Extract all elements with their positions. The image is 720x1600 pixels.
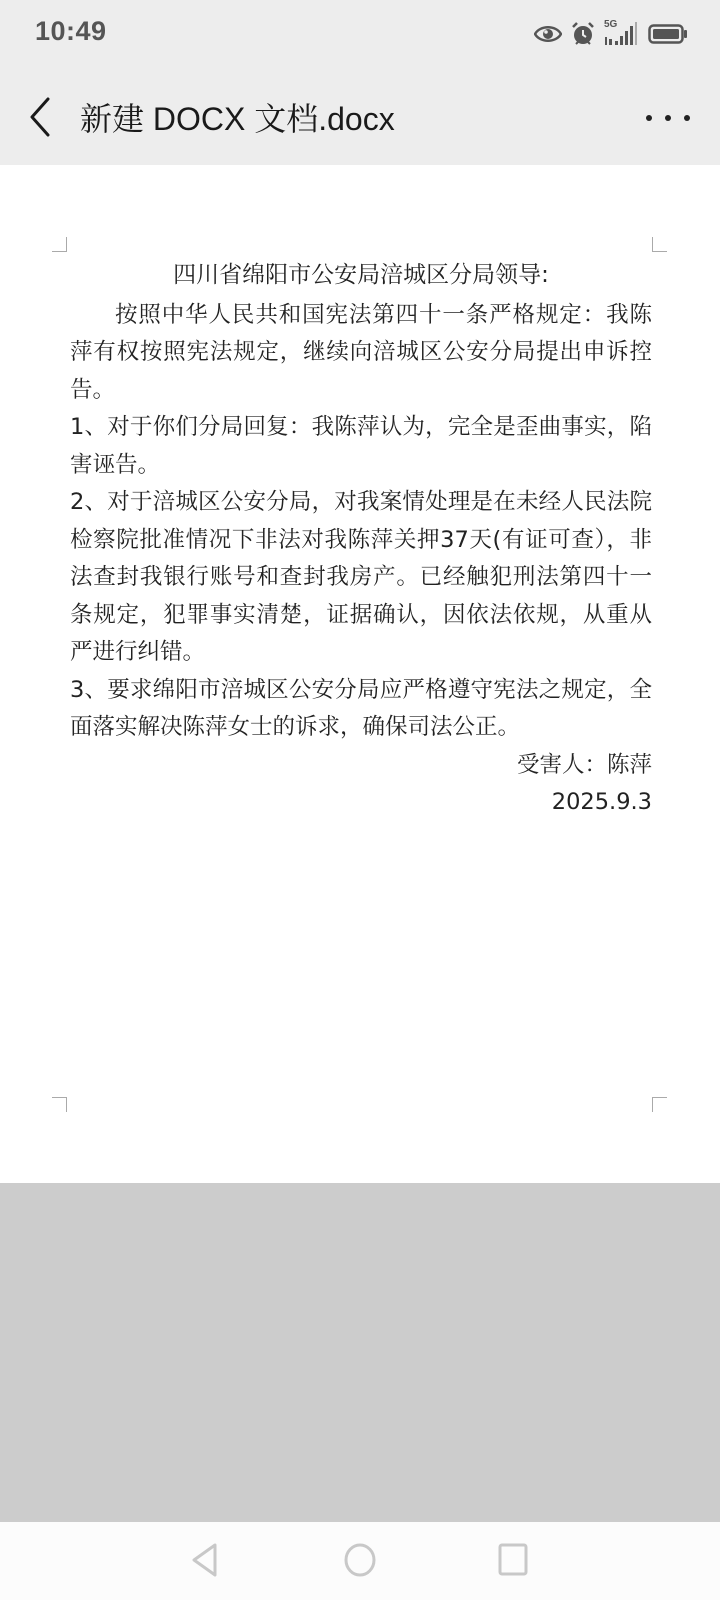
margin-corner-bottom-left [52, 1097, 67, 1112]
nav-recents-button[interactable] [493, 1540, 533, 1580]
document-heading: 四川省绵阳市公安局涪城区分局领导: [70, 257, 652, 295]
5g-signal-icon: 5G [604, 21, 640, 47]
alarm-icon [570, 21, 596, 47]
document-background [0, 1183, 720, 1522]
more-horizontal-icon [646, 115, 652, 121]
recents-square-icon [493, 1540, 533, 1580]
margin-corner-top-right [652, 237, 667, 252]
status-bar: 10:49 5G [0, 0, 720, 70]
paragraph-item-1: 1、对于你们分局回复：我陈萍认为，完全是歪曲事实，陷害诬告。 [70, 409, 652, 484]
app-bar: 新建 DOCX 文档.docx [0, 70, 720, 165]
more-options-button[interactable] [646, 100, 690, 136]
document-content: 四川省绵阳市公安局涪城区分局领导: 按照中华人民共和国宪法第四十一条严格规定：我… [70, 257, 652, 822]
nav-home-button[interactable] [340, 1540, 380, 1580]
status-icons: 5G [534, 20, 688, 48]
paragraph-intro: 按照中华人民共和国宪法第四十一条严格规定：我陈萍有权按照宪法规定，继续向涪城区公… [70, 297, 652, 410]
home-circle-icon [340, 1540, 380, 1580]
document-date: 2025.9.3 [70, 784, 652, 822]
document-title: 新建 DOCX 文档.docx [80, 94, 395, 140]
document-page[interactable]: 四川省绵阳市公安局涪城区分局领导: 按照中华人民共和国宪法第四十一条严格规定：我… [0, 165, 720, 1183]
signature: 受害人：陈萍 [70, 747, 652, 785]
eye-icon [534, 23, 562, 45]
back-triangle-icon [186, 1540, 226, 1580]
battery-icon [648, 23, 688, 45]
paragraph-item-2: 2、对于涪城区公安分局，对我案情处理是在未经人民法院检察院批准情况下非法对我陈萍… [70, 484, 652, 672]
margin-corner-top-left [52, 237, 67, 252]
paragraph-item-3: 3、要求绵阳市涪城区公安分局应严格遵守宪法之规定，全面落实解决陈萍女士的诉求，确… [70, 672, 652, 747]
more-dot [684, 115, 690, 121]
more-dot [665, 115, 671, 121]
clock: 10:49 [35, 16, 107, 47]
back-button[interactable] [22, 92, 62, 142]
chevron-left-icon [22, 92, 62, 142]
margin-corner-bottom-right [652, 1097, 667, 1112]
system-nav-bar [0, 1522, 720, 1600]
nav-back-button[interactable] [186, 1540, 226, 1580]
